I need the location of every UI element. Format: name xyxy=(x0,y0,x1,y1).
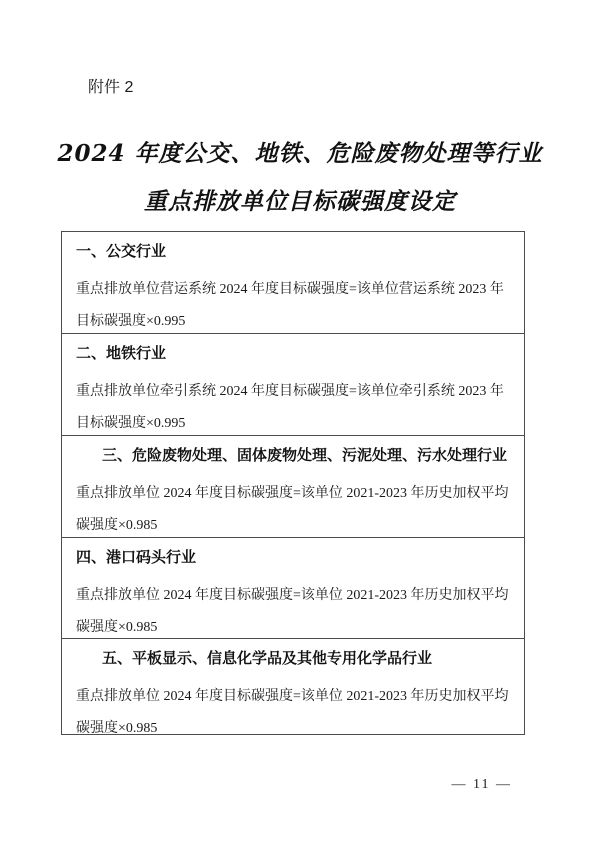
document-page: { "page": { "attachment_label": "附件 2", … xyxy=(0,0,600,848)
section-body-display-chemicals: 重点排放单位 2024 年度目标碳强度=该单位 2021-2023 年历史加权平… xyxy=(76,681,510,734)
section-body-bus: 重点排放单位营运系统 2024 年度目标碳强度=该单位营运系统 2023 年目标… xyxy=(76,274,510,334)
section-body-waste: 重点排放单位 2024 年度目标碳强度=该单位 2021-2023 年历史加权平… xyxy=(76,478,510,538)
document-title-line2: 重点排放单位目标碳强度设定 xyxy=(0,178,600,226)
section-body-metro: 重点排放单位牵引系统 2024 年度目标碳强度=该单位牵引系统 2023 年目标… xyxy=(76,376,510,436)
industry-target-table: 一、公交行业 重点排放单位营运系统 2024 年度目标碳强度=该单位营运系统 2… xyxy=(61,231,525,735)
section-heading-metro: 二、地铁行业 xyxy=(76,344,510,364)
table-row-waste-industry: 三、危险废物处理、固体废物处理、污泥处理、污水处理行业 重点排放单位 2024 … xyxy=(62,436,524,538)
table-row-display-chemicals-industry: 五、平板显示、信息化学品及其他专用化学品行业 重点排放单位 2024 年度目标碳… xyxy=(62,639,524,734)
section-body-port: 重点排放单位 2024 年度目标碳强度=该单位 2021-2023 年历史加权平… xyxy=(76,580,510,639)
section-heading-port: 四、港口码头行业 xyxy=(76,548,510,568)
document-title: 2024 年度公交、地铁、危险废物处理等行业 重点排放单位目标碳强度设定 xyxy=(0,130,600,226)
table-row-port-industry: 四、港口码头行业 重点排放单位 2024 年度目标碳强度=该单位 2021-20… xyxy=(62,538,524,639)
attachment-label: 附件 2 xyxy=(88,74,133,97)
section-heading-display-chemicals: 五、平板显示、信息化学品及其他专用化学品行业 xyxy=(76,649,510,669)
table-row-bus-industry: 一、公交行业 重点排放单位营运系统 2024 年度目标碳强度=该单位营运系统 2… xyxy=(62,232,524,334)
document-title-line1: 2024 年度公交、地铁、危险废物处理等行业 xyxy=(0,130,600,178)
section-heading-bus: 一、公交行业 xyxy=(76,242,510,262)
page-number: — 11 — xyxy=(452,777,512,793)
table-row-metro-industry: 二、地铁行业 重点排放单位牵引系统 2024 年度目标碳强度=该单位牵引系统 2… xyxy=(62,334,524,436)
section-heading-waste: 三、危险废物处理、固体废物处理、污泥处理、污水处理行业 xyxy=(76,446,510,466)
